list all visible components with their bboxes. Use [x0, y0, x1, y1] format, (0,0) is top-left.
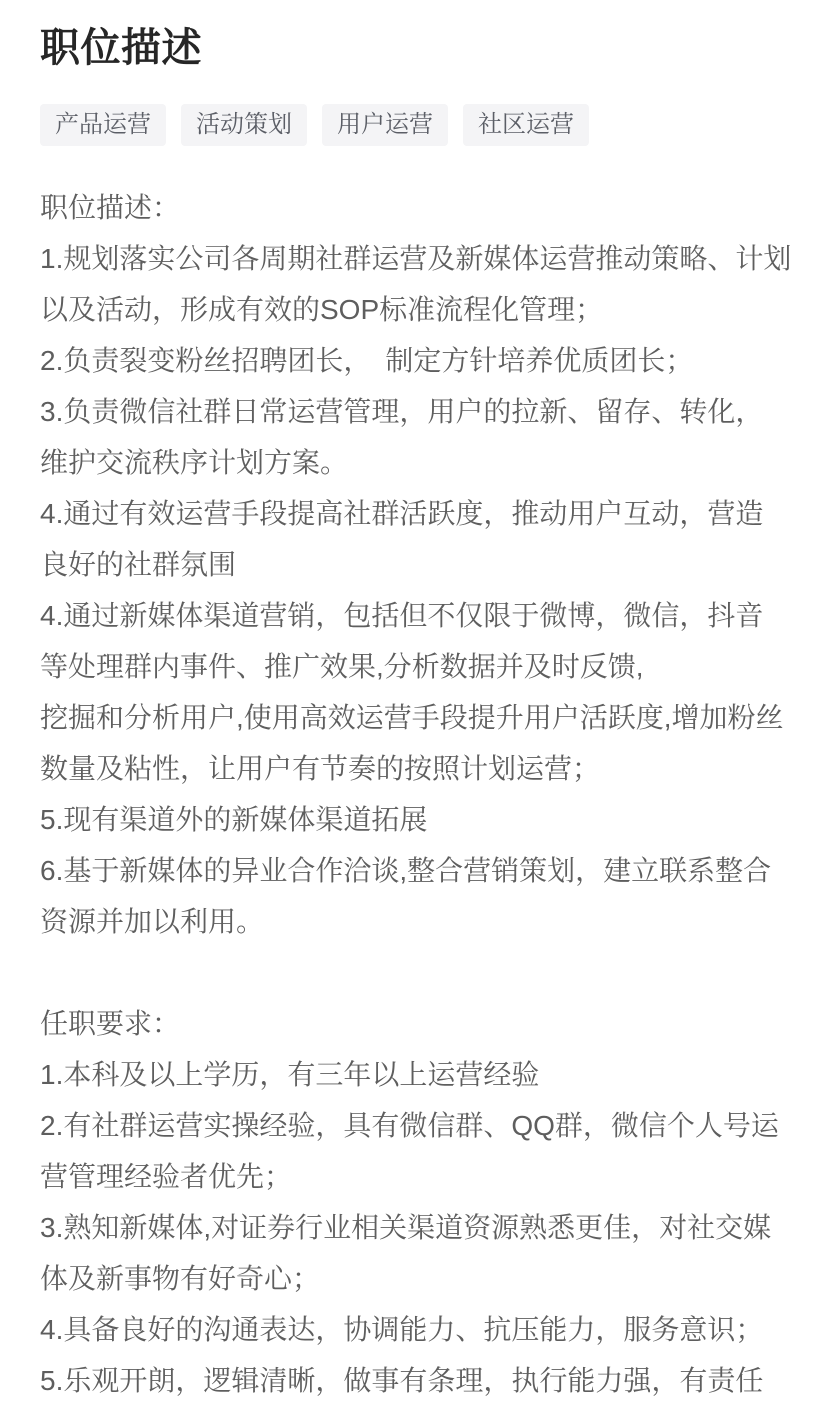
body-line: 挖掘和分析用户,使用高效运营手段提升用户活跃度,增加粉丝: [40, 692, 788, 743]
job-tag: 活动策划: [181, 104, 307, 146]
job-tag: 社区运营: [463, 104, 589, 146]
body-line: 良好的社群氛围: [40, 539, 788, 590]
body-line: 任职要求：: [40, 998, 788, 1049]
body-line: 2.负责裂变粉丝招聘团长， 制定方针培养优质团长；: [40, 335, 788, 386]
body-line: 1.规划落实公司各周期社群运营及新媒体运营推动策略、计划: [40, 233, 788, 284]
job-tag: 产品运营: [40, 104, 166, 146]
body-line: 以及活动，形成有效的SOP标准流程化管理；: [40, 284, 788, 335]
body-line: 5.乐观开朗，逻辑清晰，做事有条理，执行能力强，有责任: [40, 1355, 788, 1406]
body-line: 6.基于新媒体的异业合作洽谈,整合营销策划，建立联系整合: [40, 845, 788, 896]
body-line: 2.有社群运营实操经验，具有微信群、QQ群，微信个人号运: [40, 1100, 788, 1151]
body-line: 4.通过有效运营手段提高社群活跃度，推动用户互动，营造: [40, 488, 788, 539]
body-line: 等处理群内事件、推广效果,分析数据并及时反馈,: [40, 641, 788, 692]
body-line: 4.通过新媒体渠道营销，包括但不仅限于微博，微信，抖音: [40, 590, 788, 641]
body-line: 体及新事物有好奇心；: [40, 1253, 788, 1304]
body-line: 3.负责微信社群日常运营管理，用户的拉新、留存、转化，: [40, 386, 788, 437]
body-line: 营管理经验者优先；: [40, 1151, 788, 1202]
body-line: 资源并加以利用。: [40, 896, 788, 947]
body-line: 职位描述：: [40, 182, 788, 233]
page-title: 职位描述: [0, 0, 828, 72]
body-line: [40, 947, 788, 998]
tag-list: 产品运营活动策划用户运营社区运营: [40, 104, 788, 146]
body-line: 维护交流秩序计划方案。: [40, 437, 788, 488]
body-line: 数量及粘性，让用户有节奏的按照计划运营；: [40, 743, 788, 794]
body-line: 3.熟知新媒体,对证券行业相关渠道资源熟悉更佳，对社交媒: [40, 1202, 788, 1253]
job-tag: 用户运营: [322, 104, 448, 146]
job-description-page: 职位描述 产品运营活动策划用户运营社区运营 职位描述：1.规划落实公司各周期社群…: [0, 0, 828, 1417]
body-line: 5.现有渠道外的新媒体渠道拓展: [40, 794, 788, 845]
body-line: 1.本科及以上学历，有三年以上运营经验: [40, 1049, 788, 1100]
job-description-text: 职位描述：1.规划落实公司各周期社群运营及新媒体运营推动策略、计划以及活动，形成…: [40, 182, 788, 1406]
body-line: 4.具备良好的沟通表达，协调能力、抗压能力，服务意识；: [40, 1304, 788, 1355]
